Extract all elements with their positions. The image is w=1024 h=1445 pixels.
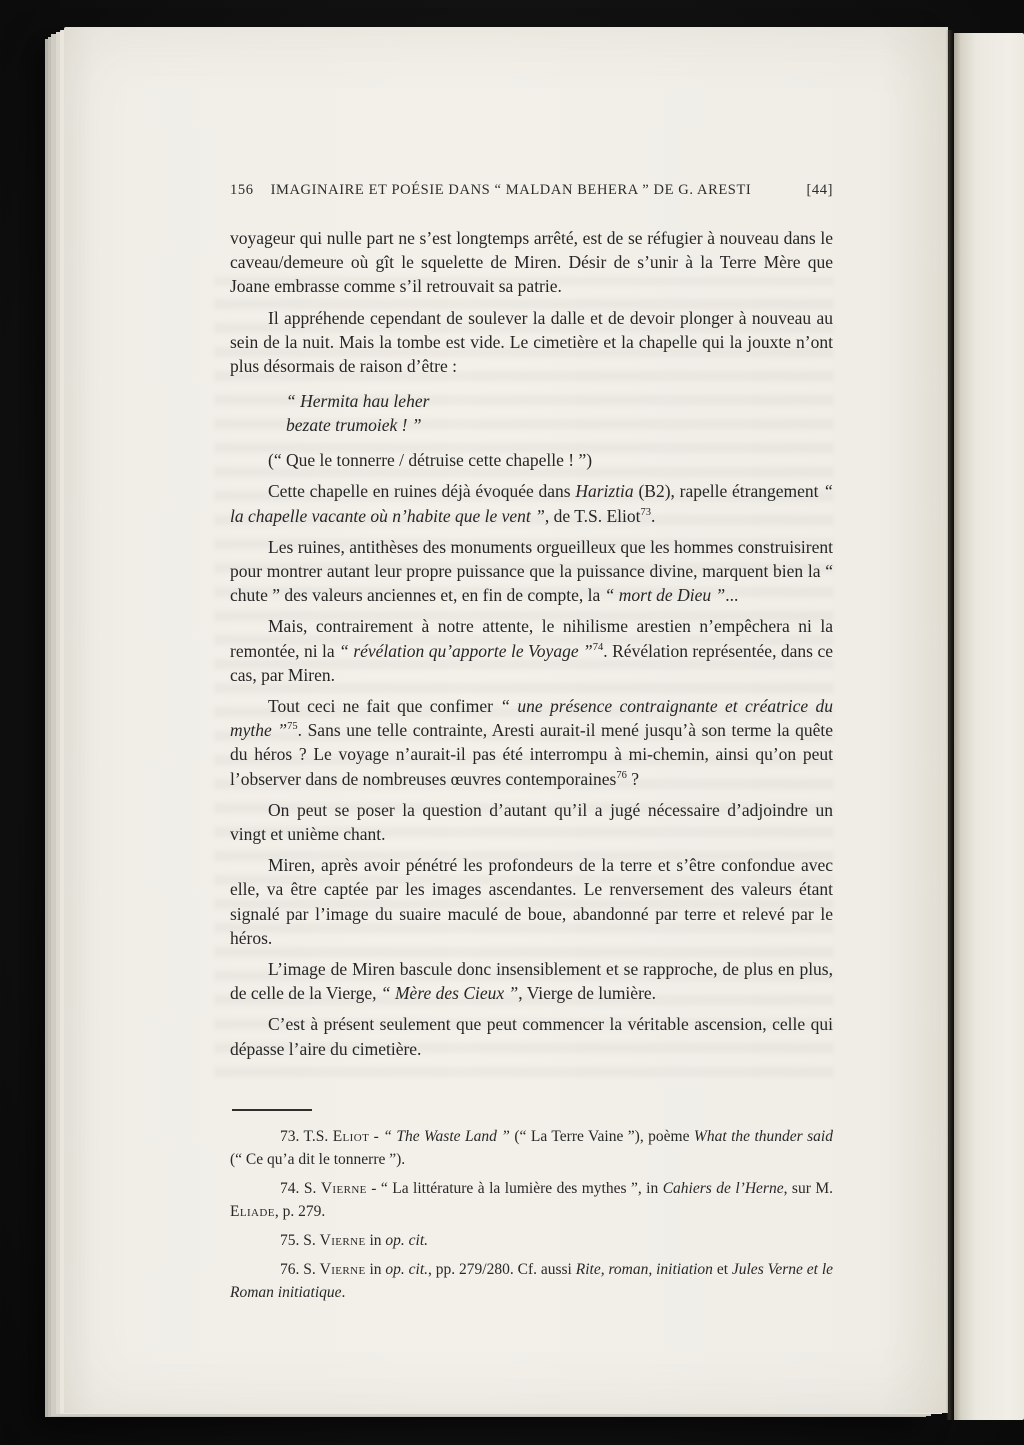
footnote: 75. S. Vierne in op. cit.	[230, 1229, 833, 1252]
text-run: C’est à présent seulement que peut comme…	[230, 1014, 833, 1058]
text-run: Eliade	[230, 1203, 275, 1220]
text-run: ?	[627, 769, 639, 789]
text-run: On peut se poser la question d’autant qu…	[230, 800, 833, 844]
text-run: Miren, après avoir pénétré les profondeu…	[230, 855, 833, 948]
text-run: “ The Waste Land ”	[383, 1128, 510, 1145]
footnote-ref: 75	[287, 721, 298, 732]
text-run: “ Mère des Cieux ”	[381, 983, 518, 1003]
text-run: (“ Que le tonnerre / détruise cette chap…	[268, 450, 592, 470]
paragraph: voyageur qui nulle part ne s’est longtem…	[230, 226, 833, 299]
text-run: op. cit.	[385, 1261, 428, 1278]
photo-background: 156 IMAGINAIRE ET POÉSIE DANS “ MALDAN B…	[0, 0, 1024, 1445]
text-run: Les ruines, antithèses des monuments org…	[230, 537, 833, 605]
paragraph: On peut se poser la question d’autant qu…	[230, 798, 833, 846]
footnote-ref: 74	[593, 642, 604, 653]
text-run: 74. S.	[280, 1180, 321, 1197]
page-number: 156	[230, 182, 254, 199]
paragraph: L’image de Miren bascule donc insensible…	[230, 957, 833, 1005]
paragraph: Cette chapelle en ruines déjà évoquée da…	[230, 479, 833, 527]
text-run: Tout ceci ne fait que confimer	[268, 696, 500, 716]
text-run: Vierne	[320, 1261, 366, 1278]
paragraph: Miren, après avoir pénétré les profondeu…	[230, 853, 833, 950]
paragraph: Tout ceci ne fait que confimer “ une pré…	[230, 694, 833, 791]
paragraph: Les ruines, antithèses des monuments org…	[230, 535, 833, 608]
text-run: 75. S.	[280, 1232, 320, 1249]
footnote: 73. T.S. Eliot - “ The Waste Land ” (“ L…	[230, 1125, 833, 1171]
footnotes: 73. T.S. Eliot - “ The Waste Land ” (“ L…	[230, 1125, 833, 1304]
text-run: Rite, roman, initiation	[576, 1261, 713, 1278]
text-run: .	[651, 506, 655, 526]
footnote: 74. S. Vierne - “ La littérature à la lu…	[230, 1177, 833, 1223]
paragraph: Mais, contrairement à notre attente, le …	[230, 614, 833, 687]
section-marker: [44]	[806, 182, 833, 199]
text-run: Vierne	[321, 1180, 367, 1197]
text-run: Hariztia	[575, 481, 633, 501]
verse-line: “ Hermita hau leher	[286, 391, 429, 411]
text-run: - “ La littérature à la lumière des myth…	[367, 1180, 663, 1197]
text-run: What the thunder said	[694, 1128, 833, 1145]
text-run: , pp. 279/280. Cf. aussi	[428, 1261, 576, 1278]
page-content: 156 IMAGINAIRE ET POÉSIE DANS “ MALDAN B…	[64, 27, 948, 1413]
text-run: Cette chapelle en ruines déjà évoquée da…	[268, 481, 575, 501]
text-run: , p. 279.	[275, 1203, 325, 1220]
text-run: in	[366, 1261, 386, 1278]
text-run: , de T.S. Eliot	[545, 506, 641, 526]
text-run: 73. T.S.	[280, 1128, 333, 1145]
verse-line: bezate trumoiek ! ”	[286, 415, 422, 435]
running-head: 156 IMAGINAIRE ET POÉSIE DANS “ MALDAN B…	[230, 182, 833, 199]
paragraph: (“ Que le tonnerre / détruise cette chap…	[230, 448, 833, 472]
text-run: , Vierge de lumière.	[518, 983, 656, 1003]
paragraph: Il appréhende cependant de soulever la d…	[230, 306, 833, 379]
facing-page-edge	[954, 33, 1024, 1420]
text-run: Cahiers de l’Herne	[663, 1180, 784, 1197]
text-run: (“ Ce qu’a dit le tonnerre ”).	[230, 1151, 405, 1168]
running-title: IMAGINAIRE ET POÉSIE DANS “ MALDAN BEHER…	[271, 182, 795, 199]
text-run: voyageur qui nulle part ne s’est longtem…	[230, 228, 833, 296]
footnote: 76. S. Vierne in op. cit., pp. 279/280. …	[230, 1258, 833, 1304]
text-run: -	[369, 1128, 383, 1145]
text-run: , sur M.	[784, 1180, 833, 1197]
text-run: “ révélation qu’apporte le Voyage ”	[339, 641, 593, 661]
paragraph: C’est à présent seulement que peut comme…	[230, 1012, 833, 1060]
text-run: 76. S.	[280, 1261, 320, 1278]
text-run: Il appréhende cependant de soulever la d…	[230, 308, 833, 376]
footnote-rule	[232, 1109, 312, 1111]
text-run: . Sans une telle contrainte, Aresti aura…	[230, 720, 833, 788]
text-run: Eliot	[333, 1128, 370, 1145]
text-run: in	[366, 1232, 386, 1249]
text-run: op. cit.	[385, 1232, 428, 1249]
text-run: “ mort de Dieu ”	[605, 585, 726, 605]
text-run: (B2), rapelle étrangement	[634, 481, 824, 501]
book-page: 156 IMAGINAIRE ET POÉSIE DANS “ MALDAN B…	[64, 27, 948, 1413]
text-run: ...	[725, 585, 738, 605]
text-run: (“ La Terre Vaine ”), poème	[510, 1128, 694, 1145]
body-text: voyageur qui nulle part ne s’est longtem…	[230, 226, 833, 1061]
footnote-ref: 73	[641, 507, 652, 518]
text-run: et	[713, 1261, 732, 1278]
text-run: .	[342, 1284, 346, 1301]
verse-quote: “ Hermita hau leherbezate trumoiek ! ”	[286, 389, 833, 437]
footnote-ref: 76	[616, 770, 627, 781]
text-run: Vierne	[320, 1232, 366, 1249]
